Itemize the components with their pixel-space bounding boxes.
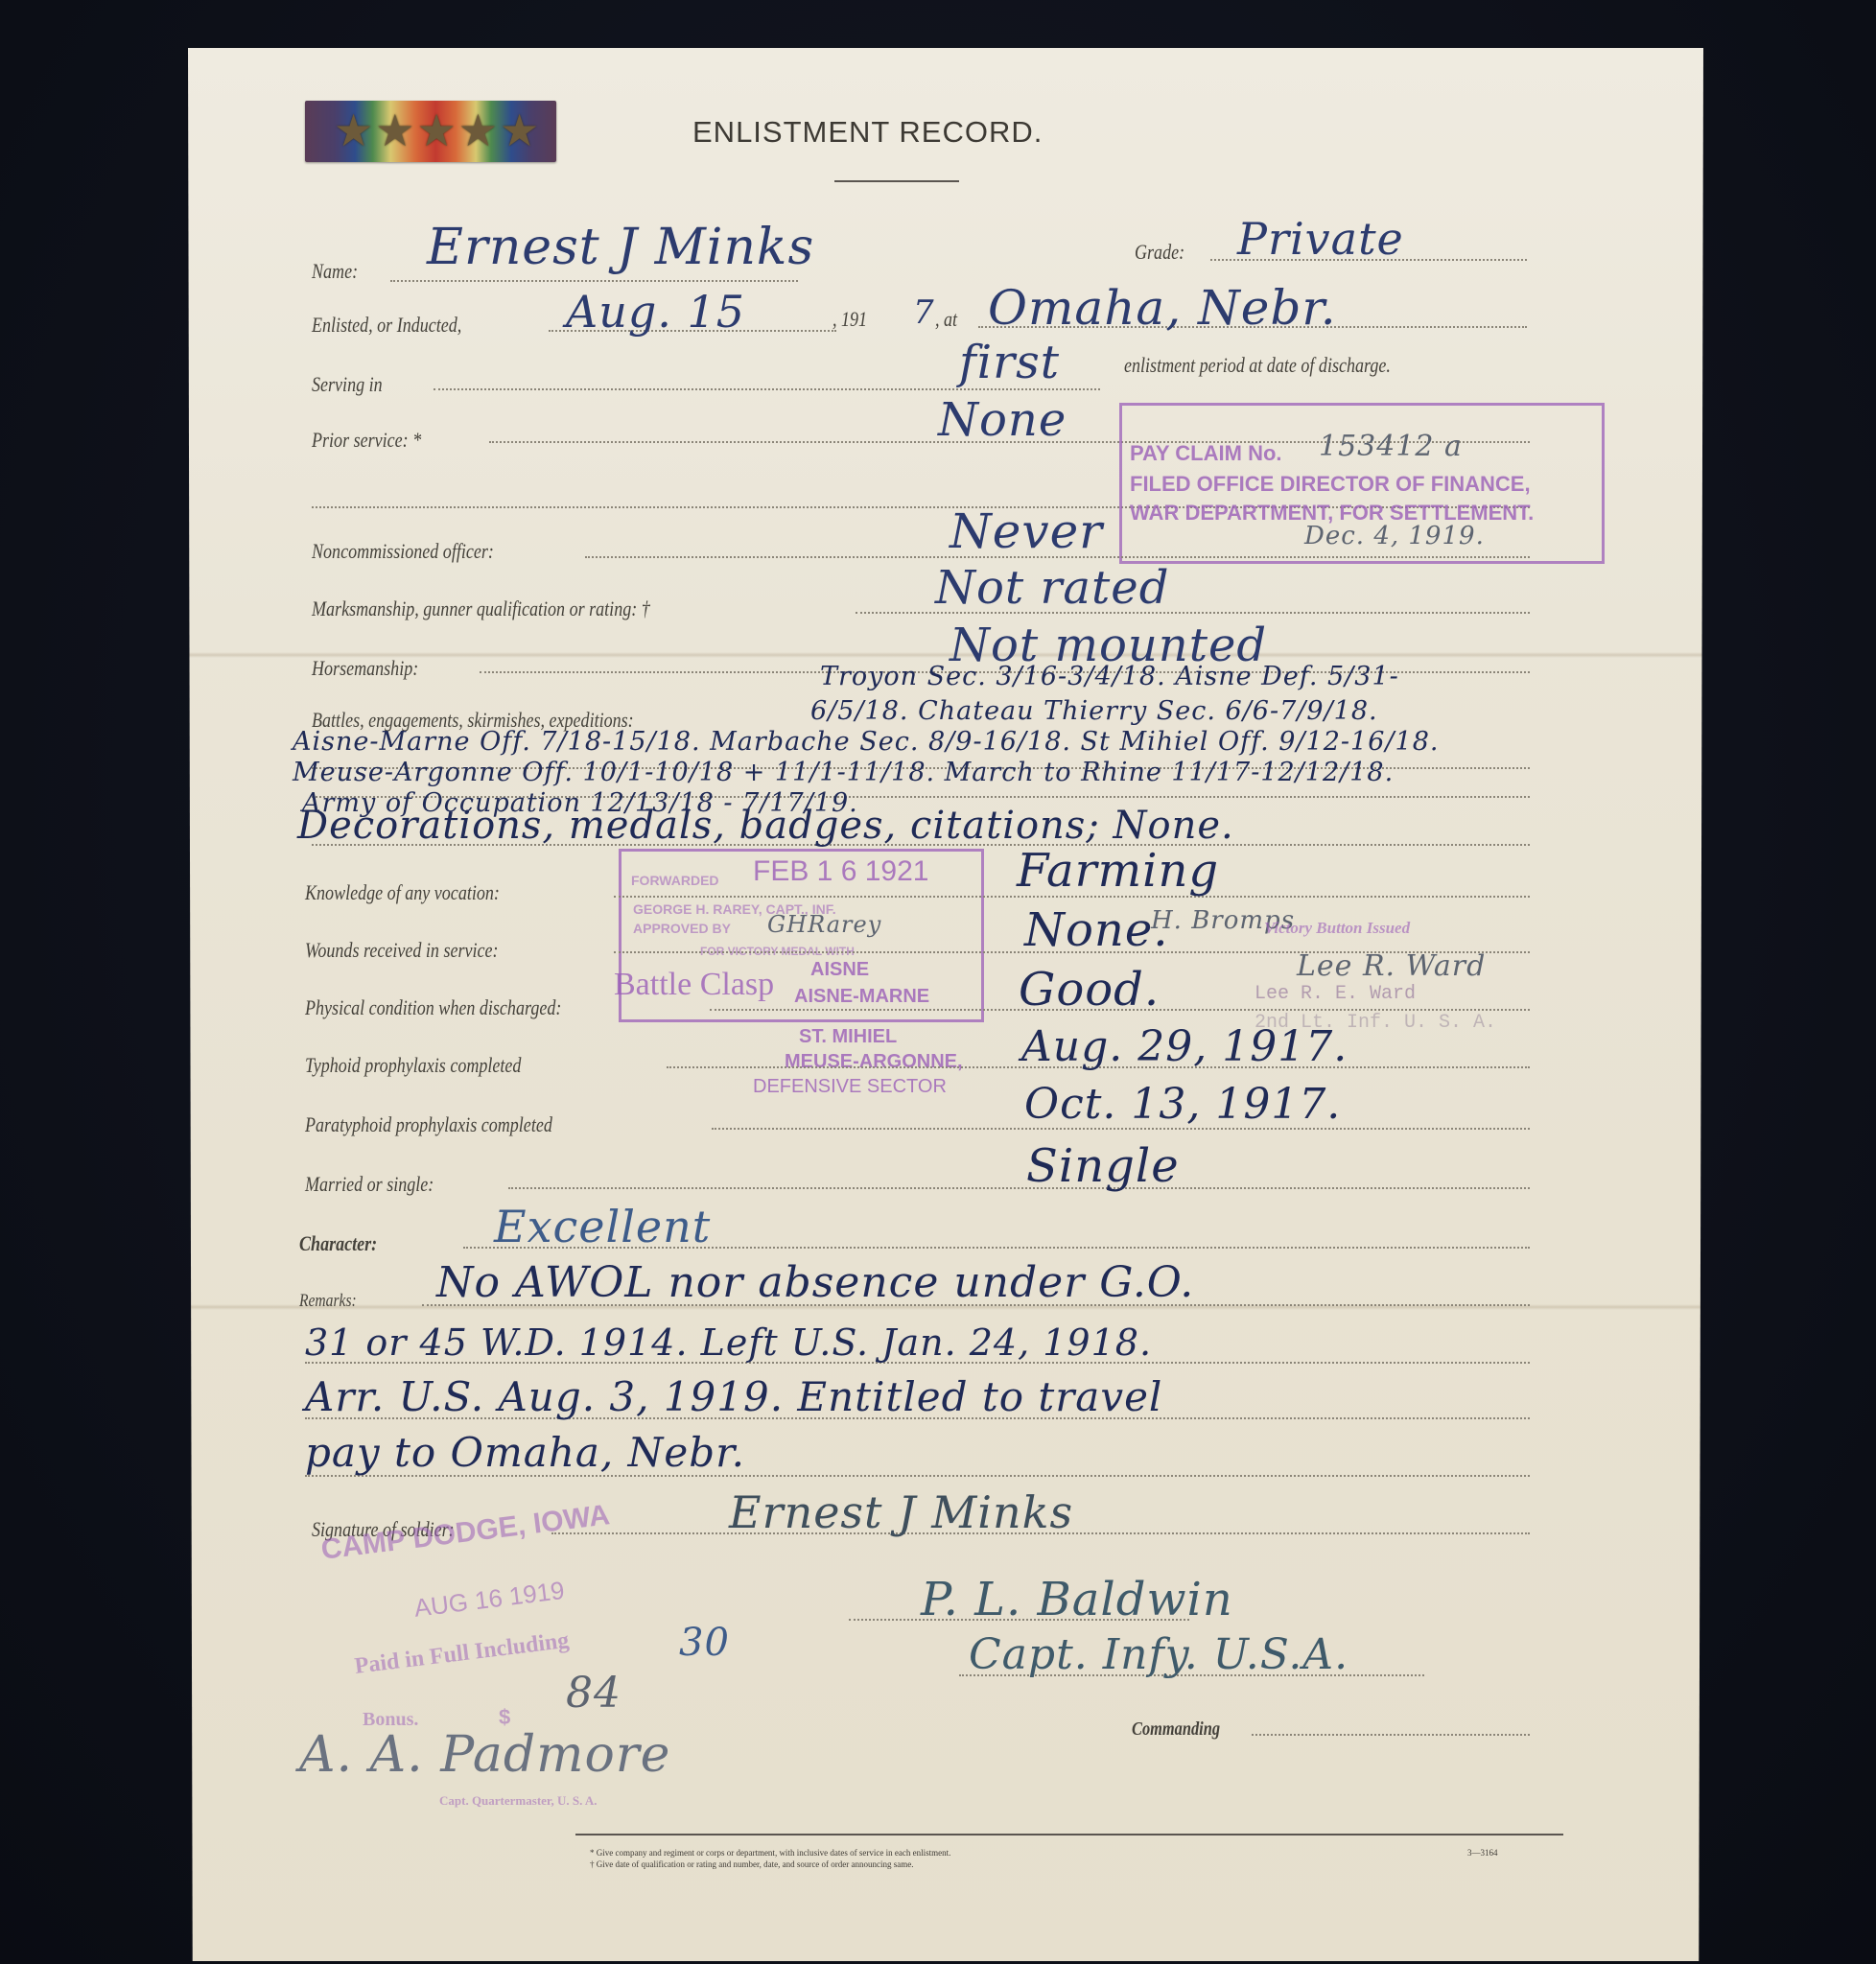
value-enlisted-place: Omaha, Nebr.	[988, 280, 1337, 336]
value-nco: Never	[950, 503, 1103, 559]
bonus-extra-handwritten: 30	[679, 1621, 730, 1665]
label-name: Name:	[312, 259, 358, 284]
field-line	[1252, 1734, 1530, 1736]
victory-medal-ribbon: ★ ★ ★ ★ ★	[305, 101, 556, 162]
value-battles-line: Meuse-Argonne Off. 10/1-10/18 + 11/1-11/…	[293, 758, 1394, 787]
stamp-pay-claim-number: 153412 a	[1319, 430, 1463, 463]
stamp-forwarded-label: FORWARDED	[631, 873, 719, 888]
field-line	[390, 280, 798, 282]
value-battles-line: Aisne-Marne Off. 7/18-15/18. Marbache Se…	[293, 727, 1439, 757]
value-paratyphoid: Oct. 13, 1917.	[1024, 1080, 1341, 1129]
battle-stars: ★ ★ ★ ★ ★	[334, 108, 539, 152]
stamp-battle-clasp: Battle Clasp	[614, 967, 774, 1003]
label-physical: Physical condition when discharged:	[305, 995, 561, 1020]
label-remarks: Remarks:	[299, 1291, 357, 1312]
label-at: , at	[935, 307, 957, 332]
star-icon: ★	[417, 108, 457, 152]
stamp-clasp: MEUSE-ARGONNE,	[785, 1051, 963, 1073]
stamp-pay-claim-line2: FILED OFFICE DIRECTOR OF FINANCE,	[1130, 472, 1531, 497]
label-nco: Noncommissioned officer:	[312, 539, 494, 564]
stamp-clasp: ST. MIHIEL	[799, 1026, 897, 1048]
value-grade: Private	[1237, 213, 1404, 265]
stamp-forwarded-date: FEB 1 6 1921	[753, 855, 928, 888]
star-icon: ★	[458, 108, 498, 152]
label-paratyphoid: Paratyphoid prophylaxis completed	[305, 1112, 552, 1137]
field-line	[508, 1187, 1530, 1189]
label-typhoid: Typhoid prophylaxis completed	[305, 1053, 521, 1078]
victory-button-stamp: Victory Button Issued	[1264, 919, 1410, 938]
value-physical: Good.	[1019, 963, 1160, 1017]
stamp-clasp: AISNE-MARNE	[794, 986, 929, 1008]
stamp-quartermaster-title: Capt. Quartermaster, U. S. A.	[439, 1793, 598, 1809]
star-icon: ★	[500, 108, 539, 152]
stamp-approved-signature: GHRarey	[767, 911, 881, 938]
label-prior-service: Prior service: *	[312, 428, 421, 453]
value-battles-line: Troyon Sec. 3/16-3/4/18. Aisne Def. 5/31…	[820, 662, 1399, 691]
value-marksmanship: Not rated	[935, 561, 1169, 615]
document-title: ENLISTMENT RECORD.	[692, 115, 1043, 150]
form-number: 3—3164	[1467, 1847, 1498, 1859]
officer-title: Capt. Infy. U.S.A.	[969, 1630, 1348, 1679]
label-vocation: Knowledge of any vocation:	[305, 880, 500, 905]
value-typhoid: Aug. 29, 1917.	[1021, 1022, 1348, 1071]
label-wounds: Wounds received in service:	[305, 938, 499, 963]
stamp-approved-by: APPROVED BY	[633, 921, 731, 936]
label-enlisted: Enlisted, or Inducted,	[312, 313, 461, 338]
value-serving-in: first	[959, 336, 1060, 389]
value-prior-service: None	[938, 393, 1067, 447]
footnote-2: † Give date of qualification or rating a…	[590, 1859, 914, 1870]
star-icon: ★	[375, 108, 414, 152]
value-wounds: None.	[1024, 903, 1168, 957]
title-underline	[834, 180, 959, 182]
value-married: Single	[1026, 1139, 1180, 1193]
stamp-clasp: DEFENSIVE SECTOR	[753, 1076, 947, 1098]
stamp-pay-claim-date: Dec. 4, 1919.	[1304, 522, 1485, 550]
label-marksmanship: Marksmanship, gunner qualification or ra…	[312, 596, 650, 621]
value-battles-line: 6/5/18. Chateau Thierry Sec. 6/6-7/9/18.	[810, 696, 1378, 726]
bonus-amount: 84	[566, 1669, 621, 1718]
label-horsemanship: Horsemanship:	[312, 656, 418, 681]
label-year: , 191	[832, 307, 867, 332]
value-year-digit: 7	[913, 293, 935, 332]
label-serving-suffix: enlistment period at date of discharge.	[1124, 353, 1391, 378]
label-serving-in: Serving in	[312, 372, 383, 397]
soldier-signature: Ernest J Minks	[729, 1486, 1073, 1538]
value-character: Excellent	[494, 1201, 711, 1252]
officer-signature: P. L. Baldwin	[921, 1573, 1233, 1626]
label-grade: Grade:	[1135, 240, 1184, 265]
value-vocation: Farming	[1017, 844, 1219, 898]
stamp-pay-claim-label: PAY CLAIM No.	[1130, 441, 1282, 466]
value-remarks-line: 31 or 45 W.D. 1914. Left U.S. Jan. 24, 1…	[305, 1321, 1152, 1364]
value-name: Ernest J Minks	[427, 219, 814, 276]
value-decorations: Decorations, medals, badges, citations; …	[297, 804, 1234, 848]
stamp-clasp: AISNE	[810, 959, 869, 981]
victory-button-signature: Lee R. Ward	[1297, 949, 1486, 983]
value-enlisted-date: Aug. 15	[566, 286, 745, 338]
label-commanding: Commanding	[1132, 1718, 1220, 1741]
star-icon: ★	[334, 108, 373, 152]
footnote-1: * Give company and regiment or corps or …	[590, 1847, 950, 1859]
value-remarks-line: No AWOL nor absence under G.O.	[436, 1258, 1194, 1307]
label-married: Married or single:	[305, 1172, 434, 1197]
value-remarks-line: pay to Omaha, Nebr.	[305, 1429, 745, 1476]
quartermaster-signature: A. A. Padmore	[299, 1726, 670, 1784]
value-remarks-line: Arr. U.S. Aug. 3, 1919. Entitled to trav…	[305, 1373, 1162, 1420]
footer-rule	[575, 1834, 1563, 1835]
label-character: Character:	[299, 1231, 377, 1256]
victory-button-typed-name: Lee R. E. Ward	[1255, 983, 1416, 1005]
